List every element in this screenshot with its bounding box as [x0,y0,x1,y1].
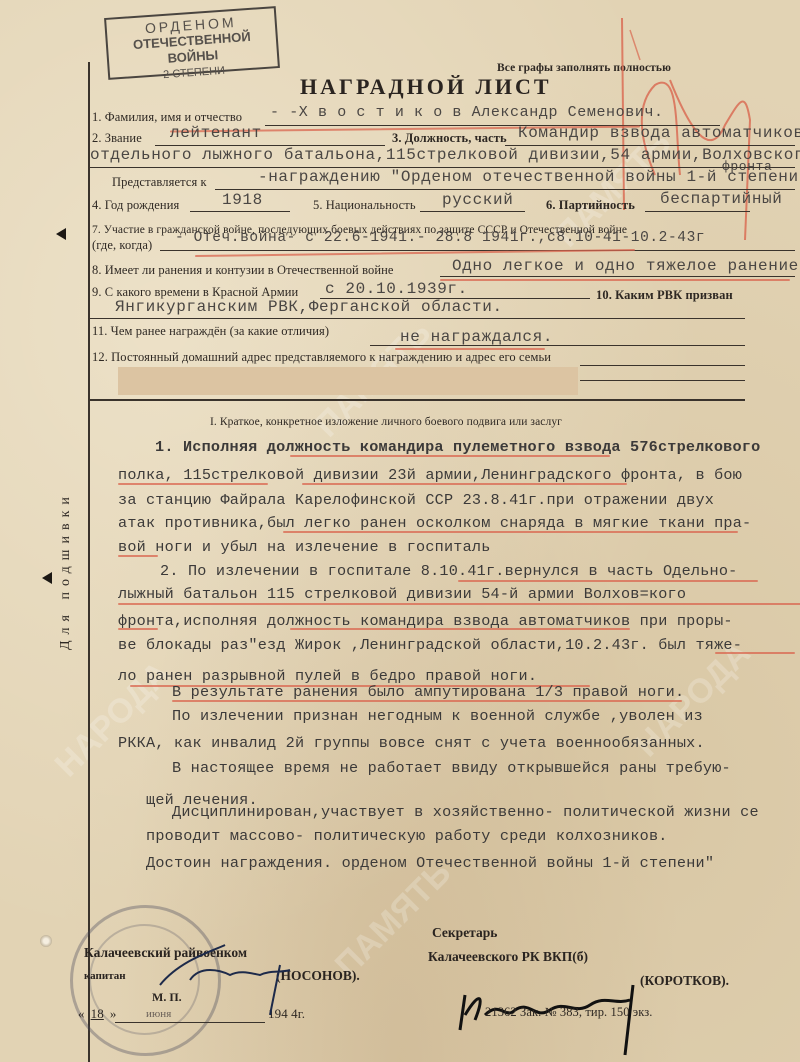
marker-icon [42,572,52,584]
field-5-label: 5. Национальность [313,198,416,213]
merit-line: за станцию Файрала Карелофинской ССР 23.… [118,491,714,509]
field-1-label: 1. Фамилия, имя и отчество [92,110,242,125]
presented-value: -награждению "Орденом отечественной войн… [258,168,800,186]
red-underline [118,555,158,557]
merit-line: РККА, как инвалид 2й группы вовсе снят с… [118,734,705,752]
field-7-label-2: (где, когда) [92,238,152,253]
field-6-value: беспартийный [660,190,782,208]
red-underline [290,628,630,630]
field-11-value: не награждался. [400,328,553,346]
merit-line: ве блокады раз"езд Жирок ,Ленинградской … [118,636,742,654]
field-3-value: Командир взвода автоматчиков [518,124,800,142]
merit-line: Дисциплинирован,участвует в хозяйственно… [172,803,759,821]
merit-line: полка, 115стрелковой дивизии 23й армии,Л… [118,466,742,484]
secretary-title: Секретарь [432,925,497,941]
merit-line: лыжный батальон 115 стрелковой дивизии 5… [118,585,686,603]
red-underline [302,483,627,485]
red-underline [118,628,158,630]
merit-line: 1. Исполняя должность командира пулеметн… [155,438,760,456]
binding-line [88,62,90,1062]
merit-line: атак противника,был легко ранен осколком… [118,514,751,532]
redacted-address [118,367,578,395]
section-heading: I. Краткое, конкретное изложение личного… [210,416,562,428]
field-11-label: 11. Чем ранее награждён (за какие отличи… [92,324,329,339]
field-3-label: 3. Должность, часть [392,131,507,146]
merit-line: вой ноги и убыл на излечение в госпиталь [118,538,491,556]
commissar-signature [130,925,310,1015]
print-info: 21362 Зак. № 383, тир. 150 экз. [485,1005,653,1020]
field-12-label: 12. Постоянный домашний адрес представля… [92,350,551,365]
field-8-value: Одно легкое и одно тяжелое ранение [452,257,799,275]
merit-line: В настоящее время не работает ввиду откр… [172,759,731,777]
merit-line: По излечении признан негодным к военной … [172,707,703,725]
red-underline [118,483,268,485]
field-7-value: - Отеч.война- с 22.6-1941.- 28.8 1941г.,… [175,230,705,246]
field-4-value: 1918 [222,191,263,209]
date-line: «18» [78,1006,116,1022]
merit-line: проводит массово- политическую работу ср… [146,827,668,845]
field-2-value: лейтенант [170,124,262,142]
merit-line: В результате ранения было ампутирована 1… [172,683,684,701]
field-4-label: 4. Год рождения [92,198,179,213]
punch-hole [40,935,52,947]
field-2-label: 2. Звание [92,131,142,146]
date-day: 18 [85,1006,110,1021]
field-1-value: - -Х в о с т и к о в Александр Семенович… [270,104,664,121]
field-6-label: 6. Партийность [546,198,635,213]
field-10-label: 10. Каким РВК призван [596,288,733,303]
field-9-value: с 20.10.1939г. [325,280,468,298]
field-10-value: Янгикурганским РВК,Ферганской области. [115,298,503,316]
field-5-value: русский [442,191,513,209]
field-3-value-cont: отдельного лыжного батальона,115стрелков… [90,146,800,164]
award-stamp: ОРДЕНОМ ОТЕЧЕСТВЕННОЙ ВОЙНЫ 2 СТЕПЕНИ [104,6,280,80]
red-underline [715,652,795,654]
red-underline [283,531,738,533]
merit-line: 2. По излечении в госпитале 8.10.41г.вер… [160,562,737,580]
red-underline [458,580,758,582]
side-label: Для подшивки [58,491,74,650]
red-underline [172,700,682,702]
commissar-rank: капитан [84,970,126,982]
watermark: ПАМЯТЬ [328,854,459,985]
page-title: НАГРАДНОЙ ЛИСТ [300,74,552,100]
marker-icon [56,228,66,240]
presented-label: Представляется к [112,175,207,190]
red-underline [290,455,610,457]
field-8-label: 8. Имеет ли ранения и контузии в Отечест… [92,263,394,278]
red-underline [118,603,800,605]
merit-line: Достоин награждения. орденом Отечественн… [146,854,714,872]
